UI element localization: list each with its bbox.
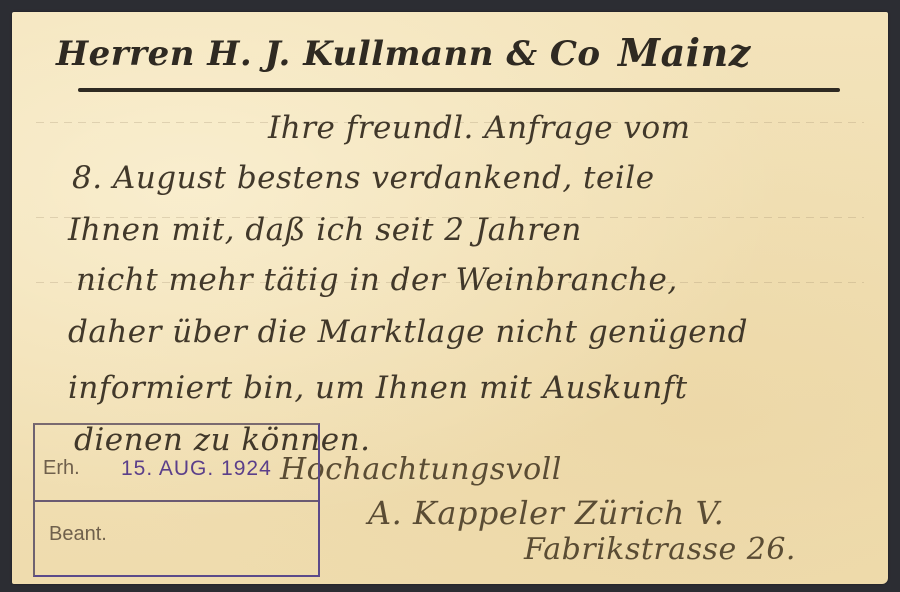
stamp-divider [35, 500, 318, 502]
letter-line-3: Ihnen mit, daß ich seit 2 Jahren [68, 212, 582, 248]
letter-line-2: 8. August bestens verdankend, teile [72, 160, 655, 196]
received-date: 15. AUG. 1924 [121, 457, 272, 481]
closing: Hochachtungsvoll [280, 452, 562, 487]
letter-line-1: Ihre freundl. Anfrage vom [268, 110, 691, 146]
received-stamp: Erh. 15. AUG. 1924 Beant. [33, 423, 320, 577]
postcard: Herren H. J. Kullmann & Co Mainz Ihre fr… [12, 12, 888, 584]
sender-street: Fabrikstrasse 26. [524, 532, 796, 567]
letter-line-5: daher über die Marktlage nicht genügend [68, 314, 748, 350]
signature: A. Kappeler Zürich V. [368, 494, 724, 532]
address-underline [78, 88, 840, 92]
recipient-city: Mainz [618, 30, 751, 75]
letter-line-6: informiert bin, um Ihnen mit Auskunft [68, 370, 688, 406]
received-label: Erh. [43, 457, 80, 480]
answered-label: Beant. [49, 523, 107, 546]
recipient-address: Herren H. J. Kullmann & Co [56, 34, 601, 74]
letter-line-4: nicht mehr tätig in der Weinbranche, [76, 262, 678, 298]
